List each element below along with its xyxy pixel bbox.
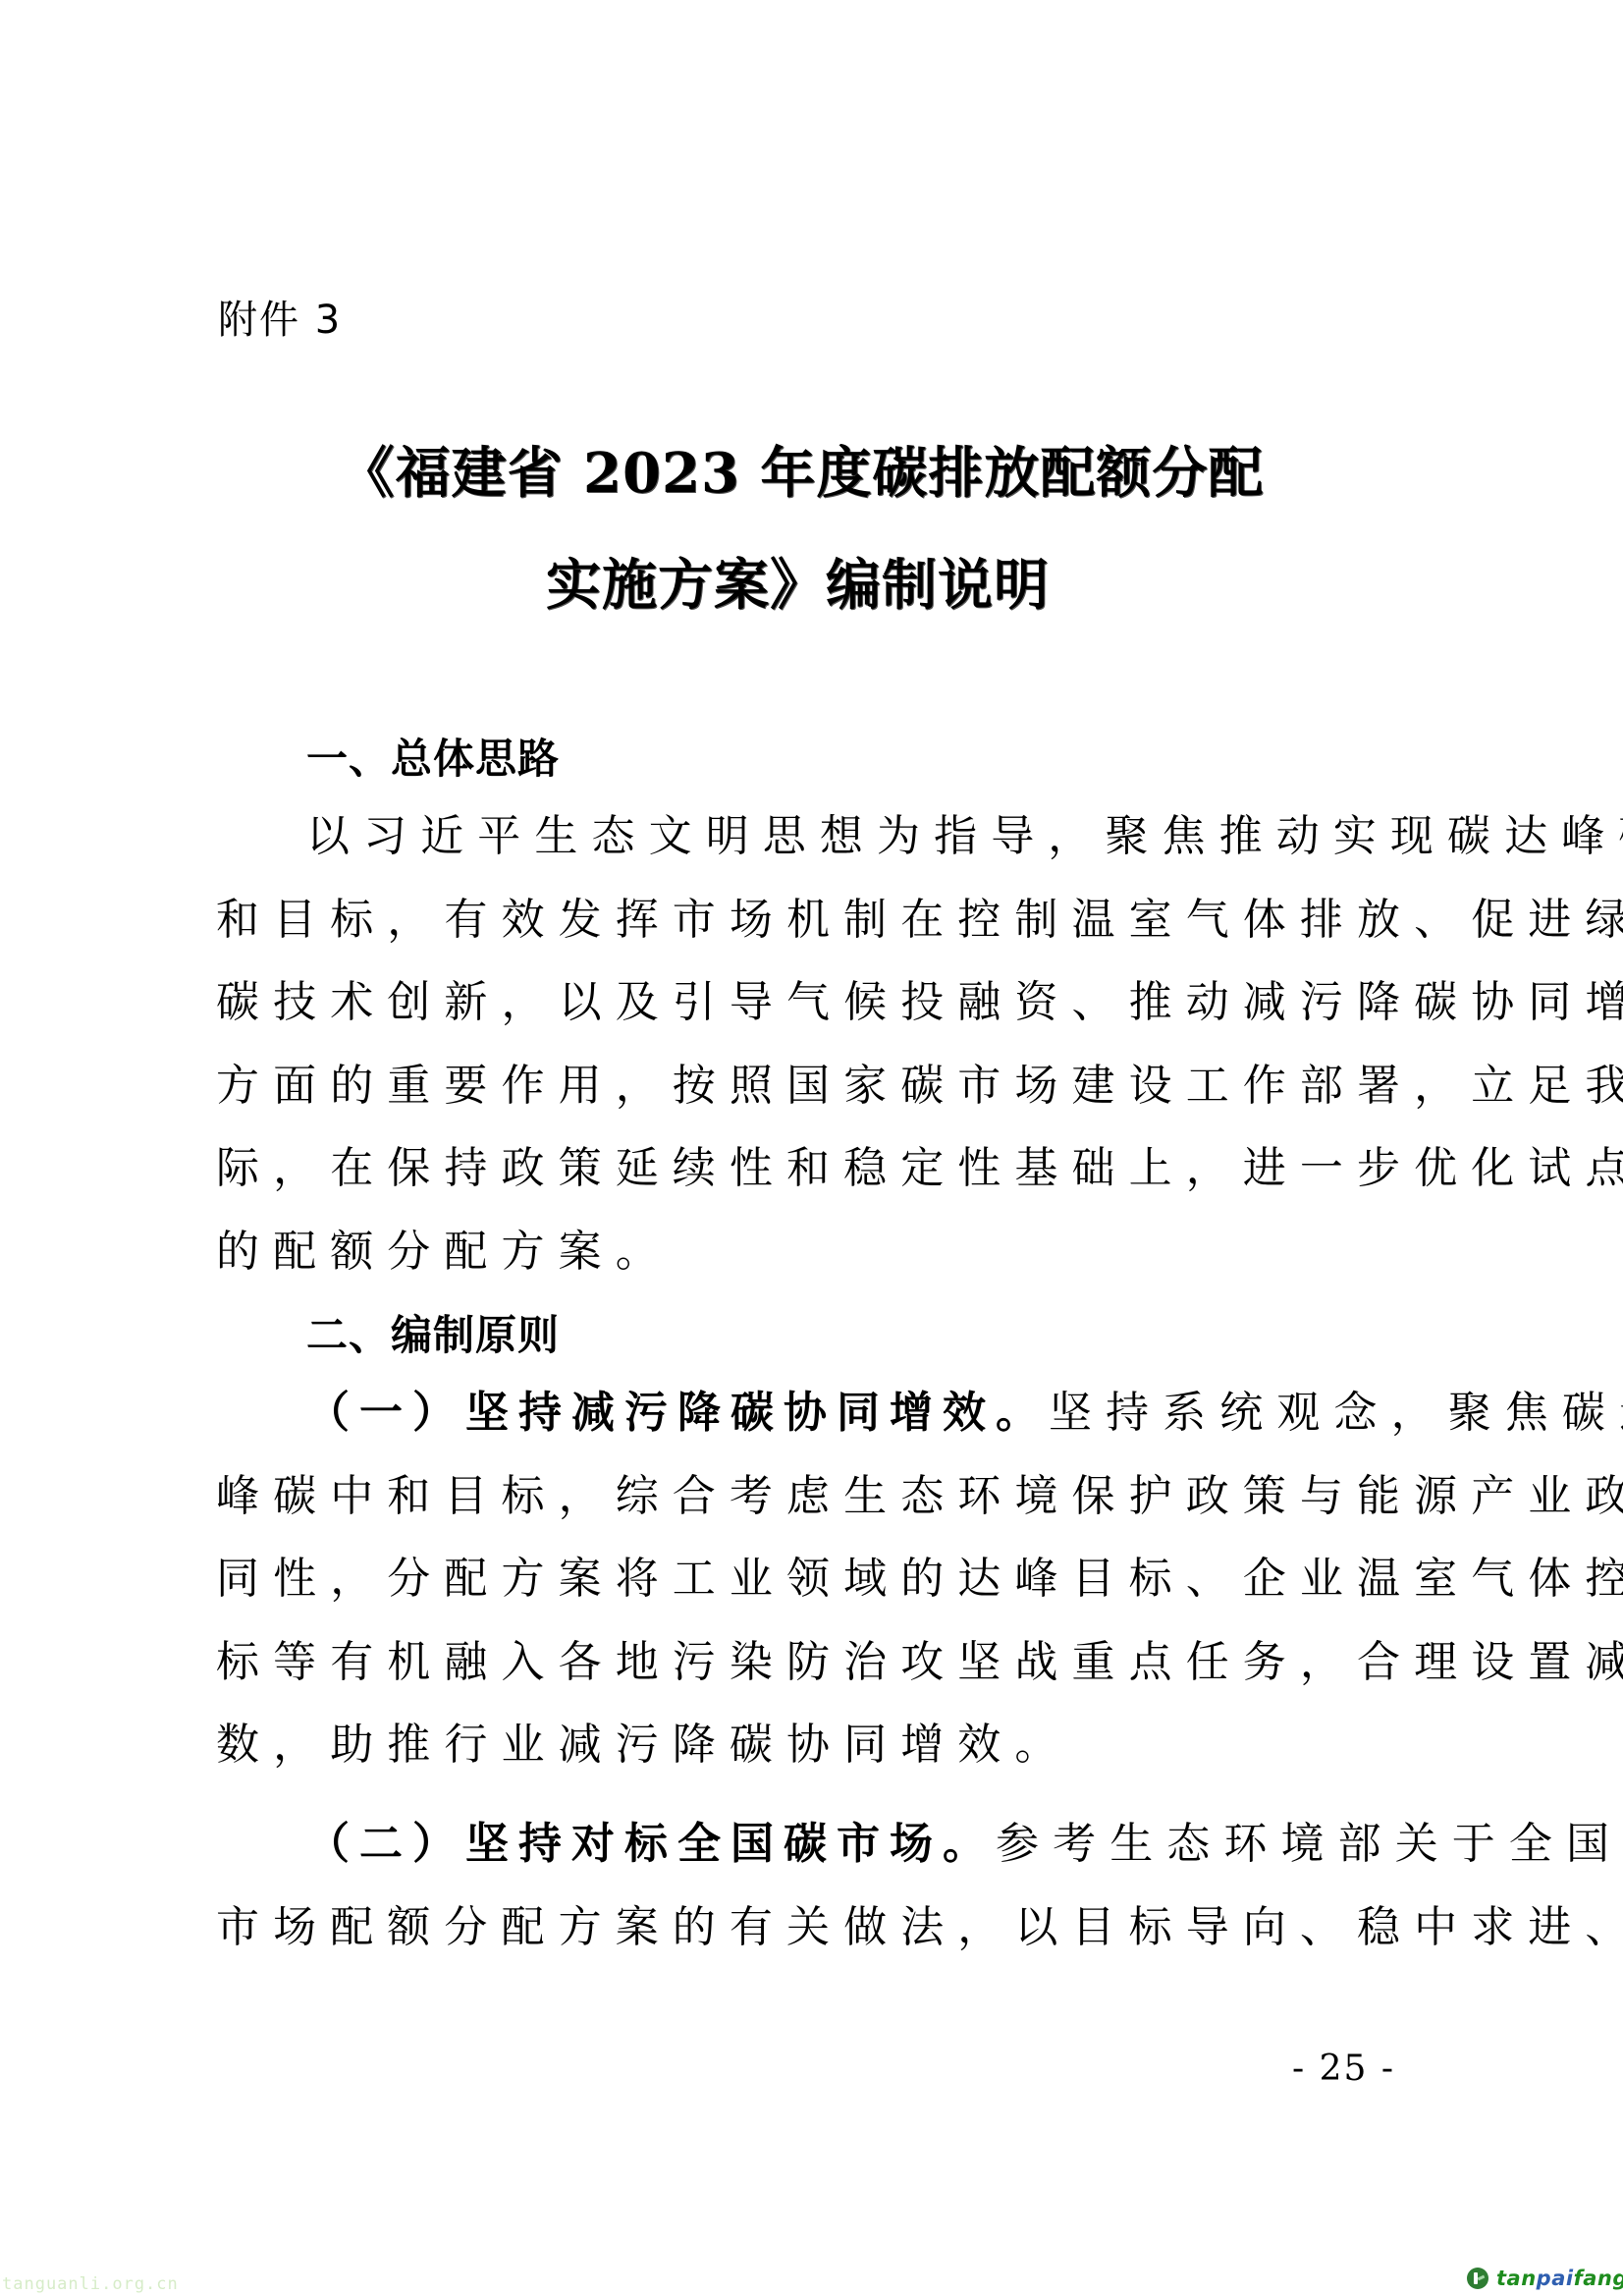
paragraph-principle-1: （一）坚持减污降碳协同增效。坚持系统观念，聚焦碳达 峰碳中和目标，综合考虑生态环… [216, 1372, 1424, 1787]
principle-lead-title: （二）坚持对标全国碳市场。 [306, 1819, 996, 1869]
paragraph-line: 同性，分配方案将工业领域的达峰目标、企业温室气体控排目 [216, 1538, 1424, 1621]
paragraph-line: 数，助推行业减污降碳协同增效。 [216, 1704, 1424, 1787]
watermark-tanpaifang: tanpaifang.com [1467, 2267, 1623, 2290]
attachment-label: 附件 3 [218, 293, 342, 348]
document-page: 附件 3 《福建省 2023 年度碳排放配额分配 实施方案》编制说明 一、总体思… [0, 0, 1623, 2296]
logo-text-tan: tan [1496, 2267, 1537, 2290]
paragraph-line: （一）坚持减污降碳协同增效。坚持系统观念，聚焦碳达 [216, 1372, 1424, 1455]
paragraph-line: 和目标，有效发挥市场机制在控制温室气体排放、促进绿色低 [216, 879, 1424, 962]
paragraph-line: 以习近平生态文明思想为指导，聚焦推动实现碳达峰碳中 [216, 795, 1424, 879]
logo-text-pai: pai [1537, 2267, 1574, 2290]
paragraph-line-text: 坚持系统观念，聚焦碳达 [1049, 1388, 1623, 1438]
logo-text-fang: fang.com [1574, 2267, 1623, 2290]
document-title-line-1: 《福建省 2023 年度碳排放配额分配 [0, 434, 1613, 513]
paragraph-line: 标等有机融入各地污染防治攻坚战重点任务，合理设置减排系 [216, 1621, 1424, 1705]
paragraph-line: 方面的重要作用，按照国家碳市场建设工作部署，立足我省实 [216, 1045, 1424, 1128]
paragraph-line: 的配额分配方案。 [216, 1211, 1424, 1294]
paragraph-line: 碳技术创新，以及引导气候投融资、推动减污降碳协同增效等 [216, 961, 1424, 1045]
paragraph-line-text: 参考生态环境部关于全国碳 [996, 1819, 1623, 1869]
paragraph-overall-approach: 以习近平生态文明思想为指导，聚焦推动实现碳达峰碳中 和目标，有效发挥市场机制在控… [216, 795, 1424, 1293]
paragraph-line: 际，在保持政策延续性和稳定性基础上，进一步优化试点行业 [216, 1127, 1424, 1211]
principle-lead-title: （一）坚持减污降碳协同增效。 [306, 1388, 1049, 1438]
tanpaifang-logo-icon [1467, 2268, 1488, 2289]
paragraph-line: 市场配额分配方案的有关做法，以目标导向、稳中求进、市场 [216, 1886, 1424, 1970]
section-heading-overall-approach: 一、总体思路 [306, 730, 560, 789]
document-title-line-2: 实施方案》编制说明 [0, 546, 1609, 625]
paragraph-line: （二）坚持对标全国碳市场。参考生态环境部关于全国碳 [216, 1803, 1424, 1886]
page-number: - 25 - [1292, 2045, 1395, 2094]
watermark-tanguanli: tanguanli.org.cn [2, 2274, 179, 2294]
section-heading-principles: 二、编制原则 [306, 1306, 560, 1365]
tanpaifang-logo-text: tanpaifang.com [1496, 2267, 1623, 2290]
paragraph-principle-2: （二）坚持对标全国碳市场。参考生态环境部关于全国碳 市场配额分配方案的有关做法，… [216, 1803, 1424, 1969]
paragraph-line: 峰碳中和目标，综合考虑生态环境保护政策与能源产业政策协 [216, 1455, 1424, 1539]
